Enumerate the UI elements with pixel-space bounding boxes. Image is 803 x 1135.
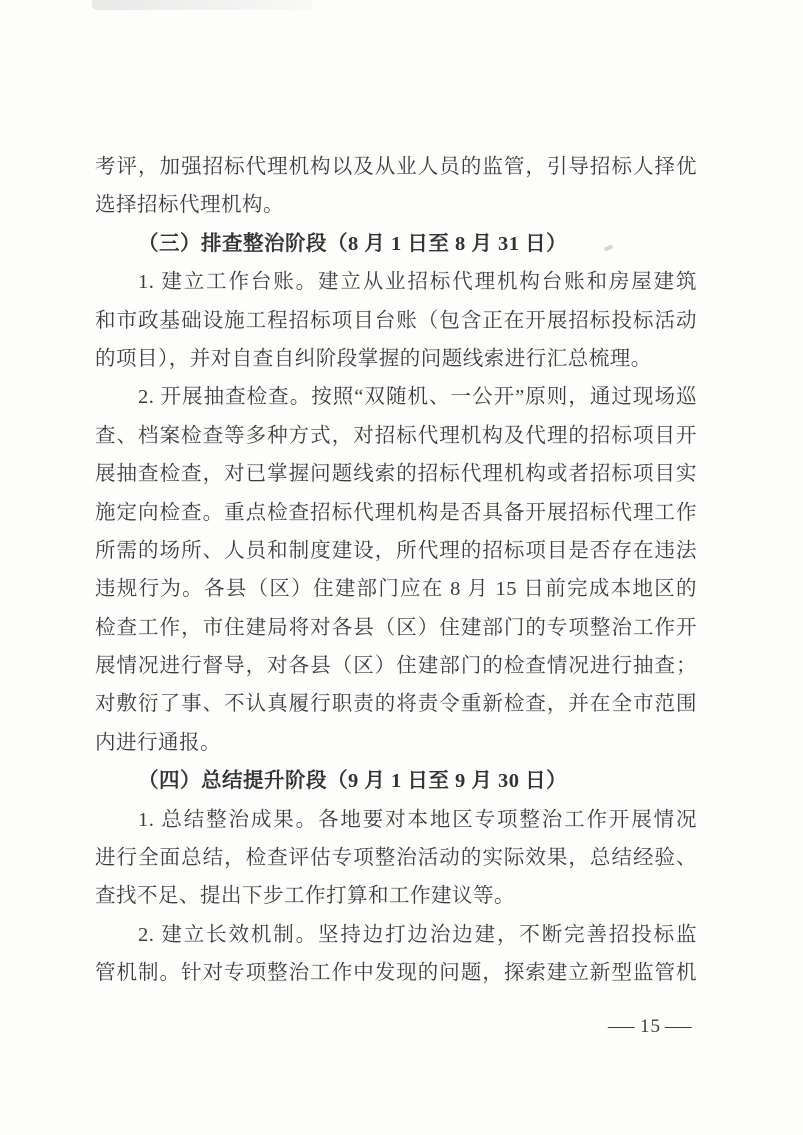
scanned-document-page: 考评，加强招标代理机构以及从业人员的监管，引导招标人择优 选择招标代理机构。 （… — [0, 0, 803, 1135]
footer-dash-left: — — [608, 1016, 636, 1038]
text-line: 展情况进行督导，对各县（区）住建部门的检查情况进行抽查； — [95, 647, 697, 685]
page-footer: —15— — [0, 1016, 697, 1038]
section-heading-block: （四）总结提升阶段（9 月 1 日至 9 月 30 日） — [95, 762, 697, 800]
text-line: 查、档案检查等多种方式，对招标代理机构及代理的招标项目开 — [95, 417, 697, 455]
paragraph-numbered: 2. 开展抽查检查。按照“双随机、一公开”原则，通过现场巡 查、档案检查等多种方… — [95, 378, 697, 762]
text-line: 违规行为。各县（区）住建部门应在 8 月 15 日前完成本地区的 — [95, 570, 697, 608]
document-body: 考评，加强招标代理机构以及从业人员的监管，引导招标人择优 选择招标代理机构。 （… — [95, 148, 697, 993]
text-line: 考评，加强招标代理机构以及从业人员的监管，引导招标人择优 — [95, 148, 697, 186]
scan-artifact-streak — [92, 0, 312, 10]
paragraph-numbered: 1. 建立工作台账。建立从业招标代理机构台账和房屋建筑 和市政基础设施工程招标项… — [95, 263, 697, 378]
paragraph-continued: 考评，加强招标代理机构以及从业人员的监管，引导招标人择优 选择招标代理机构。 — [95, 148, 697, 225]
page-number: 15 — [640, 1016, 661, 1037]
text-line: 2. 建立长效机制。坚持边打边治边建，不断完善招投标监 — [95, 916, 697, 954]
paragraph-numbered: 1. 总结整治成果。各地要对本地区专项整治工作开展情况 进行全面总结，检查评估专… — [95, 801, 697, 916]
text-line: 2. 开展抽查检查。按照“双随机、一公开”原则，通过现场巡 — [95, 378, 697, 416]
text-line: 1. 建立工作台账。建立从业招标代理机构台账和房屋建筑 — [95, 263, 697, 301]
text-line: 的项目），并对自查自纠阶段掌握的问题线索进行汇总梳理。 — [95, 340, 697, 378]
text-line: 所需的场所、人员和制度建设，所代理的招标项目是否存在违法 — [95, 532, 697, 570]
text-line: 和市政基础设施工程招标项目台账（包含正在开展招标投标活动 — [95, 302, 697, 340]
text-line: 对敷衍了事、不认真履行职责的将责令重新检查，并在全市范围 — [95, 685, 697, 723]
text-line: 施定向检查。重点检查招标代理机构是否具备开展招标代理工作 — [95, 494, 697, 532]
footer-dash-right: — — [665, 1016, 693, 1038]
text-line: 管机制。针对专项整治工作中发现的问题，探索建立新型监管机 — [95, 954, 697, 992]
text-line: 检查工作，市住建局将对各县（区）住建部门的专项整治工作开 — [95, 609, 697, 647]
paragraph-numbered: 2. 建立长效机制。坚持边打边治边建，不断完善招投标监 管机制。针对专项整治工作… — [95, 916, 697, 993]
section-heading: （三）排查整治阶段（8 月 1 日至 8 月 31 日） — [95, 225, 697, 263]
text-line: 1. 总结整治成果。各地要对本地区专项整治工作开展情况 — [95, 801, 697, 839]
section-heading: （四）总结提升阶段（9 月 1 日至 9 月 30 日） — [95, 762, 697, 800]
section-heading-block: （三）排查整治阶段（8 月 1 日至 8 月 31 日） — [95, 225, 697, 263]
text-line: 内进行通报。 — [95, 724, 697, 762]
text-line: 选择招标代理机构。 — [95, 186, 697, 224]
text-line: 展抽查检查，对已掌握问题线索的招标代理机构或者招标项目实 — [95, 455, 697, 493]
text-line: 查找不足、提出下步工作打算和工作建议等。 — [95, 877, 697, 915]
text-line: 进行全面总结，检查评估专项整治活动的实际效果，总结经验、 — [95, 839, 697, 877]
